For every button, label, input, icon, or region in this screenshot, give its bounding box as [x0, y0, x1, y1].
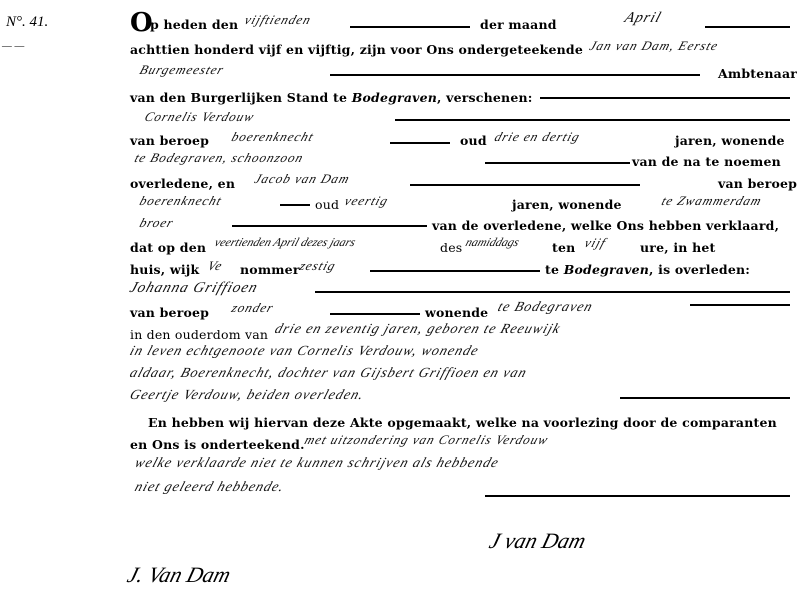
handwritten-spouse: in leven echtgenoote van Cornelis Verdou… — [127, 344, 480, 360]
certificate-number: N°. 41. — [6, 14, 48, 31]
handwritten-title: Burgemeester — [137, 62, 226, 78]
handwritten-hour: vijf — [582, 235, 608, 251]
printed-text: oud — [315, 197, 339, 212]
fill-line — [395, 119, 790, 121]
fill-line — [232, 225, 427, 227]
handwritten-residence-1: te Bodegraven, schoonzoon — [132, 150, 306, 166]
handwritten-death-date: veertienden April dezes jaars — [213, 235, 358, 250]
printed-text: van beroep — [130, 133, 209, 148]
handwritten-occupation-1: boerenknecht — [229, 129, 316, 145]
printed-text: in den ouderdom van — [130, 327, 268, 342]
printed-text: van de overledene, welke Ons hebben verk… — [432, 218, 779, 233]
handwritten-residence-deceased: te Bodegraven — [495, 300, 594, 316]
fill-line — [705, 26, 790, 28]
fill-line — [485, 162, 630, 164]
fill-line — [350, 26, 470, 28]
handwritten-house-number: zestig — [297, 258, 338, 274]
handwritten-ward: Ve — [205, 258, 224, 274]
printed-text: van beroep — [130, 305, 209, 320]
printed-text: en Ons is onderteekend. — [130, 437, 305, 452]
handwritten-mother: Geertje Verdouw, beiden overleden. — [127, 388, 366, 404]
fill-line — [485, 495, 790, 497]
printed-text: ure, in het — [640, 240, 716, 255]
fill-line — [390, 142, 450, 144]
handwritten-residence-2: te Zwammerdam — [659, 193, 764, 209]
printed-text: van de na te noemen — [632, 154, 781, 169]
printed-text: En hebben wij hiervan deze Akte opgemaak… — [148, 415, 777, 430]
witness-signature: J. Van Dam — [125, 562, 234, 588]
handwritten-informant-1: Cornelis Verdouw — [142, 109, 256, 125]
printed-text: der maand — [480, 17, 557, 32]
handwritten-exception: met uitzondering van Cornelis Verdouw — [302, 432, 550, 448]
printed-text: ten — [552, 240, 575, 255]
printed-text: huis, wijk — [130, 262, 199, 277]
handwritten-daypart: namiddags — [464, 235, 522, 250]
printed-text: p heden den — [150, 17, 238, 32]
handwritten-day: vijftienden — [242, 12, 313, 28]
printed-text: te Bodegraven, is overleden: — [545, 262, 750, 277]
handwritten-note-1: welke verklaarde niet te kunnen schrijve… — [132, 456, 501, 472]
handwritten-occupation-deceased: zonder — [229, 300, 276, 316]
fill-line — [620, 397, 790, 399]
printed-text: dat op den — [130, 240, 206, 255]
handwritten-relation: broer — [137, 215, 176, 231]
handwritten-age-2: veertig — [342, 193, 390, 209]
handwritten-parents: aldaar, Boerenknecht, dochter van Gijsbe… — [127, 366, 529, 382]
printed-text: jaren, wonende — [512, 197, 622, 212]
handwritten-deceased-name: Johanna Griffioen — [127, 280, 260, 297]
handwritten-age-birthplace: drie en zeventig jaren, geboren te Reeuw… — [272, 322, 562, 338]
handwritten-officer: Jan van Dam, Eerste — [587, 38, 720, 54]
printed-text: achttien honderd vijf en vijftig, zijn v… — [130, 42, 583, 57]
fill-line — [280, 204, 310, 206]
fill-line — [330, 74, 700, 76]
fill-line — [370, 270, 540, 272]
printed-text: des — [440, 240, 462, 255]
fill-line — [315, 291, 790, 293]
handwritten-occupation-2: boerenknecht — [137, 193, 224, 209]
margin-mark: — — — [2, 40, 24, 52]
printed-text: jaren, wonende — [675, 133, 785, 148]
printed-text: nommer — [240, 262, 300, 277]
handwritten-informant-2: Jacob van Dam — [252, 171, 352, 187]
printed-text: wonende — [425, 305, 488, 320]
handwritten-note-2: niet geleerd hebbende. — [132, 480, 286, 496]
printed-text: Ambtenaar — [718, 66, 797, 81]
fill-line — [540, 97, 790, 99]
printed-text: van den Burgerlijken Stand te Bodegraven… — [130, 90, 533, 105]
printed-text: overledene, en — [130, 176, 235, 191]
handwritten-age-1: drie en dertig — [492, 129, 582, 145]
fill-line — [690, 304, 790, 306]
fill-line — [410, 184, 640, 186]
official-signature: J van Dam — [487, 528, 589, 554]
printed-text: oud — [460, 133, 487, 148]
printed-text: van beroep — [718, 176, 797, 191]
handwritten-month: April — [622, 10, 663, 27]
fill-line — [330, 313, 420, 315]
